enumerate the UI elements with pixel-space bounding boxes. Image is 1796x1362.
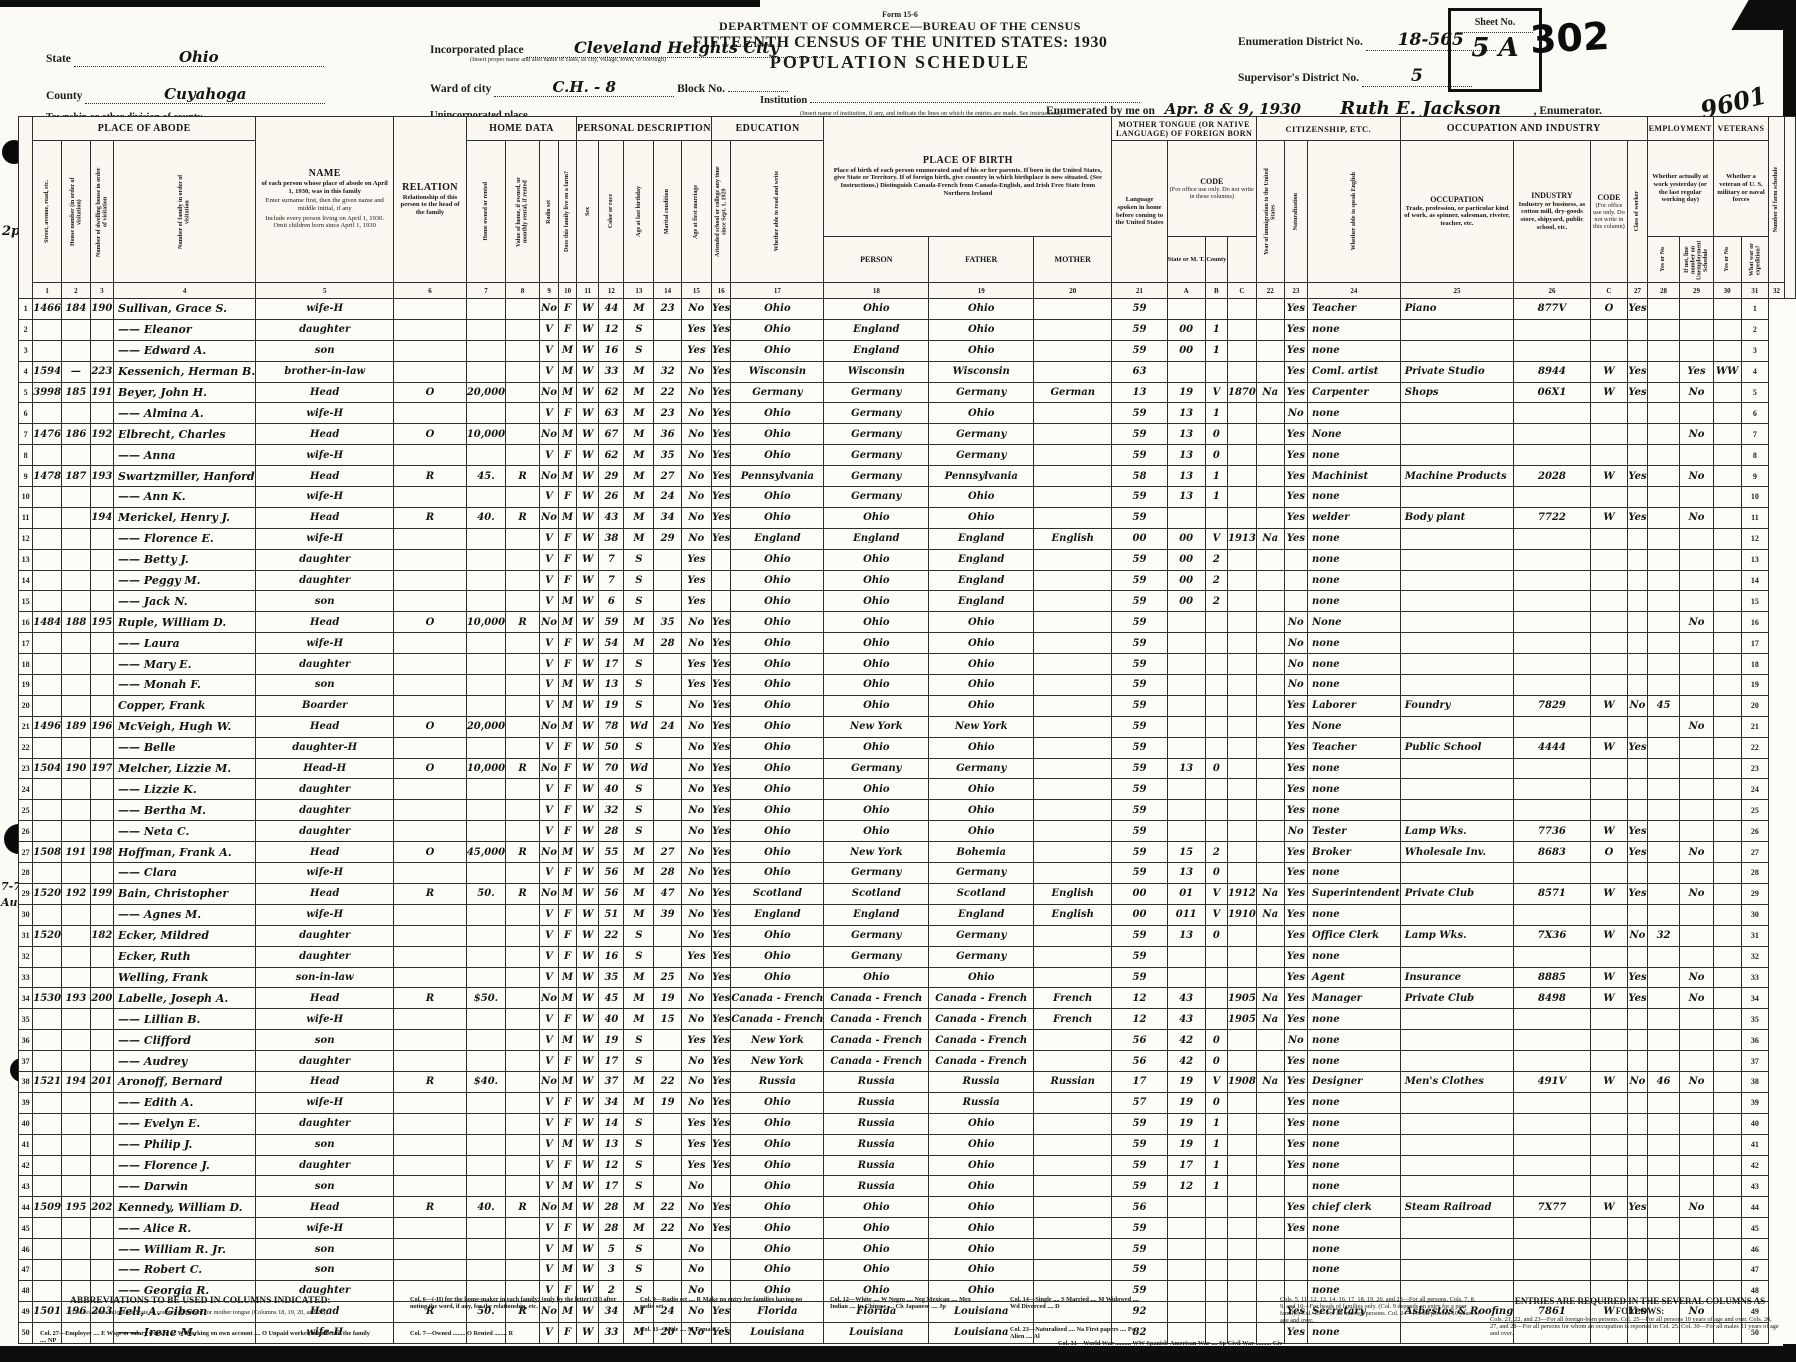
cell-age: 7: [599, 549, 624, 570]
cell-bf: England: [824, 528, 929, 549]
cell-rel: wife-H: [256, 1009, 394, 1030]
cell-n: 19: [19, 675, 33, 696]
cell-cb: [1167, 299, 1205, 320]
cell-n: 13: [19, 549, 33, 570]
cell-cb: 00: [1167, 591, 1205, 612]
cell-line-right: 28: [1741, 863, 1769, 884]
cell-war: [1713, 1051, 1741, 1072]
cell-fam: 197: [90, 758, 113, 779]
cell-race: W: [576, 758, 598, 779]
cell-line-right: 17: [1741, 633, 1769, 654]
cell-age: 33: [599, 361, 624, 382]
cell-code: [1514, 1009, 1591, 1030]
cell-nat: [1256, 654, 1284, 675]
cell-radio: [506, 1009, 540, 1030]
cell-ca: 59: [1112, 340, 1167, 361]
cell-nat: [1256, 403, 1284, 424]
cell-val: 10,000: [466, 612, 505, 633]
cell-vet: No: [1680, 424, 1713, 445]
cell-vet: [1680, 737, 1713, 758]
cell-nat: [1256, 340, 1284, 361]
cell-cc: [1205, 779, 1227, 800]
cell-sch: No: [681, 382, 711, 403]
cell-nat: [1256, 695, 1284, 716]
cell-line-right: 18: [1741, 654, 1769, 675]
cell-age: 3: [599, 1259, 624, 1280]
cell-dw: [62, 1259, 91, 1280]
cell-cls: W: [1590, 967, 1627, 988]
cell-bp: Ohio: [731, 591, 824, 612]
cell-nat: Na: [1256, 528, 1284, 549]
cell-bp: Pennsylvania: [731, 466, 824, 487]
cell-code: 8683: [1514, 842, 1591, 863]
cell-sch: No: [681, 1197, 711, 1218]
cell-rel: son: [256, 1030, 394, 1051]
cell-line-right: 47: [1741, 1259, 1769, 1280]
cell-work: [1628, 1155, 1648, 1176]
cell-ind: [1400, 779, 1513, 800]
cell-war: [1713, 1030, 1741, 1051]
abode-group-header: PLACE OF ABODE: [33, 117, 256, 141]
cell-ind: [1400, 716, 1513, 737]
cell-eng: Yes: [1284, 340, 1307, 361]
cell-mar: S: [624, 1259, 654, 1280]
cell-n: 44: [19, 1197, 33, 1218]
cell-code: [1514, 1030, 1591, 1051]
cell-code: [1514, 591, 1591, 612]
cell-ca: 59: [1112, 925, 1167, 946]
cell-name: Copper, Frank: [114, 695, 256, 716]
cell-ue: [1647, 612, 1680, 633]
column-number: 1: [33, 283, 62, 299]
cell-eng: Yes: [1284, 424, 1307, 445]
sex-sub-header: Sex: [576, 141, 598, 283]
cell-house: [33, 800, 62, 821]
cell-agem: [654, 758, 681, 779]
cell-name: —— Edward A.: [114, 340, 256, 361]
cell-bm: England: [929, 528, 1034, 549]
cell-sex: M: [559, 716, 577, 737]
cell-nat: [1256, 863, 1284, 884]
cell-ca: 59: [1112, 842, 1167, 863]
cell-cc: [1205, 633, 1227, 654]
cell-radio: [506, 1113, 540, 1134]
cell-rw: [711, 591, 731, 612]
cell-agem: [654, 1155, 681, 1176]
cell-fam: [90, 779, 113, 800]
cell-bm: Germany: [929, 925, 1034, 946]
cell-sex: M: [559, 967, 577, 988]
cell-line-right: 26: [1741, 821, 1769, 842]
cell-lang: English: [1034, 904, 1112, 925]
cell-agem: [654, 946, 681, 967]
cell-cc: 1: [1205, 487, 1227, 508]
cell-race: W: [576, 1197, 598, 1218]
cell-cls: [1590, 716, 1627, 737]
cell-dw: 193: [62, 988, 91, 1009]
cell-bm: Ohio: [929, 340, 1034, 361]
cell-cb: 19: [1167, 382, 1205, 403]
cell-imm: [1228, 487, 1257, 508]
cell-rw: Yes: [711, 612, 731, 633]
name-col-header: NAME of each person whose place of abode…: [256, 117, 394, 283]
cell-imm: 1910: [1228, 904, 1257, 925]
cell-age: 12: [599, 319, 624, 340]
cell-farm: V: [539, 1239, 558, 1260]
cell-work: Yes: [1628, 1197, 1648, 1218]
table-row: 18—— Mary E.daughterVFW17SYesYesOhioOhio…: [19, 654, 1796, 675]
cell-work: Yes: [1628, 382, 1648, 403]
cell-radio: [506, 549, 540, 570]
cell-ue: [1647, 1197, 1680, 1218]
cell-imm: [1228, 1113, 1257, 1134]
cell-line-right: 42: [1741, 1155, 1769, 1176]
cell-house: [33, 863, 62, 884]
column-number: 30: [1713, 283, 1741, 299]
cell-nat: [1256, 1218, 1284, 1239]
cell-race: W: [576, 883, 598, 904]
cell-mar: S: [624, 779, 654, 800]
cell-occ: none: [1308, 445, 1401, 466]
cell-imm: [1228, 737, 1257, 758]
cell-bf: Germany: [824, 466, 929, 487]
cell-cb: 17: [1167, 1155, 1205, 1176]
cell-line-right: 10: [1741, 487, 1769, 508]
cell-eng: [1284, 570, 1307, 591]
cell-ind: [1400, 424, 1513, 445]
cell-ue: [1647, 716, 1680, 737]
cell-ca: 59: [1112, 1113, 1167, 1134]
cell-name: —— William R. Jr.: [114, 1239, 256, 1260]
cell-sex: F: [559, 1092, 577, 1113]
table-row: 14—— Peggy M.daughterVFW7SYesOhioOhioEng…: [19, 570, 1796, 591]
cell-work: Yes: [1628, 988, 1648, 1009]
cell-fam: 182: [90, 925, 113, 946]
cell-cc: V: [1205, 528, 1227, 549]
cell-val: [466, 1176, 505, 1197]
cell-radio: [506, 1051, 540, 1072]
cell-bp: Canada - French: [731, 988, 824, 1009]
cell-vet: [1680, 800, 1713, 821]
cell-occ: Designer: [1308, 1071, 1401, 1092]
cell-agem: 36: [654, 424, 681, 445]
cell-lang: [1034, 466, 1112, 487]
cell-occ: none: [1308, 904, 1401, 925]
cell-war: [1713, 382, 1741, 403]
cell-name: —— Laura: [114, 633, 256, 654]
cell-cls: [1590, 863, 1627, 884]
cell-eng: Yes: [1284, 361, 1307, 382]
cell-n: 8: [19, 445, 33, 466]
cell-own: [394, 1259, 467, 1280]
cell-val: [466, 695, 505, 716]
cell-bf: Ohio: [824, 654, 929, 675]
cell-own: [394, 487, 467, 508]
cell-vet: [1680, 487, 1713, 508]
cell-house: 1466: [33, 299, 62, 320]
employment-line-header: If not, line number on Unemployment Sche…: [1680, 237, 1713, 283]
cell-bm: Ohio: [929, 675, 1034, 696]
cell-lang: French: [1034, 988, 1112, 1009]
cell-ca: 59: [1112, 1239, 1167, 1260]
cell-ind: [1400, 800, 1513, 821]
abbrev-col31: Col. 31—World War .......... WW Spanish-…: [1058, 1340, 1298, 1354]
cell-n: 25: [19, 800, 33, 821]
cell-lang: [1034, 946, 1112, 967]
cell-agem: [654, 695, 681, 716]
cell-radio: [506, 445, 540, 466]
cell-bm: Ohio: [929, 1134, 1034, 1155]
cell-mar: S: [624, 549, 654, 570]
cell-imm: 1870: [1228, 382, 1257, 403]
veteran-war-header: What war or expedition?: [1741, 237, 1769, 283]
cell-dw: [62, 863, 91, 884]
block-label: Block No.: [677, 83, 725, 95]
column-number: 8: [506, 283, 540, 299]
cell-cc: 1: [1205, 1176, 1227, 1197]
cell-bp: Ohio: [731, 340, 824, 361]
column-number: 21: [1112, 283, 1167, 299]
cell-imm: [1228, 1239, 1257, 1260]
cell-bp: Ohio: [731, 716, 824, 737]
cell-bf: England: [824, 319, 929, 340]
cell-mar: M: [624, 1218, 654, 1239]
table-row: 231504190197Melcher, Lizzie M.Head-HO10,…: [19, 758, 1796, 779]
cell-ind: [1400, 319, 1513, 340]
cell-bm: Ohio: [929, 319, 1034, 340]
cell-imm: [1228, 675, 1257, 696]
cell-ind: [1400, 487, 1513, 508]
cell-sch: No: [681, 299, 711, 320]
cell-agem: 25: [654, 967, 681, 988]
cell-rel: son: [256, 1134, 394, 1155]
cell-bp: Canada - French: [731, 1009, 824, 1030]
cell-cc: [1205, 946, 1227, 967]
cell-dw: [62, 340, 91, 361]
cell-mar: S: [624, 695, 654, 716]
cell-lang: [1034, 925, 1112, 946]
cell-race: W: [576, 1009, 598, 1030]
cell-vet: [1680, 1134, 1713, 1155]
cell-code: [1514, 340, 1591, 361]
cell-age: 13: [599, 1134, 624, 1155]
cell-lang: [1034, 487, 1112, 508]
cell-ind: Machine Products: [1400, 466, 1513, 487]
cell-house: [33, 528, 62, 549]
cell-ue: [1647, 340, 1680, 361]
cell-ind: [1400, 1259, 1513, 1280]
cell-occ: none: [1308, 1155, 1401, 1176]
cell-house: [33, 967, 62, 988]
cell-code: 8498: [1514, 988, 1591, 1009]
cell-agem: 35: [654, 445, 681, 466]
cell-line-right: 3: [1741, 340, 1769, 361]
cell-cb: 01: [1167, 883, 1205, 904]
cell-lang: [1034, 403, 1112, 424]
cell-ue: [1647, 1092, 1680, 1113]
cell-eng: Yes: [1284, 1155, 1307, 1176]
code-country-header: County: [1205, 237, 1227, 283]
cell-cc: 1: [1205, 466, 1227, 487]
line-col-header-right: [1784, 117, 1795, 299]
cell-cc: 0: [1205, 424, 1227, 445]
cell-agem: 29: [654, 528, 681, 549]
cell-val: [466, 1009, 505, 1030]
cell-name: —— Agnes M.: [114, 904, 256, 925]
cell-imm: [1228, 319, 1257, 340]
cell-code: [1514, 1134, 1591, 1155]
cell-house: [33, 1155, 62, 1176]
county-field: County Cuyahoga: [46, 85, 376, 104]
cell-ue: [1647, 1176, 1680, 1197]
cell-work: [1628, 424, 1648, 445]
table-row: 32Ecker, RuthdaughterVFW16SYesYesOhioGer…: [19, 946, 1796, 967]
cell-name: Ecker, Mildred: [114, 925, 256, 946]
cell-own: [394, 675, 467, 696]
cell-mar: M: [624, 1009, 654, 1030]
cell-mar: M: [624, 633, 654, 654]
cell-val: 20,000: [466, 382, 505, 403]
cell-name: Ruple, William D.: [114, 612, 256, 633]
cell-own: O: [394, 424, 467, 445]
table-row: 40—— Evelyn E.daughterVFW14SYesYesOhioRu…: [19, 1113, 1796, 1134]
cell-dw: [62, 737, 91, 758]
cell-war: [1713, 946, 1741, 967]
cell-work: [1628, 863, 1648, 884]
cell-own: R: [394, 1071, 467, 1092]
cell-farm: V: [539, 779, 558, 800]
cell-vet: [1680, 299, 1713, 320]
cell-ind: [1400, 340, 1513, 361]
cell-house: 1504: [33, 758, 62, 779]
incorporated-value: Cleveland Heights City: [526, 38, 826, 58]
cell-cc: 1: [1205, 1155, 1227, 1176]
cell-ue: [1647, 549, 1680, 570]
cell-code: [1514, 779, 1591, 800]
cell-house: [33, 1113, 62, 1134]
cell-occ: Tester: [1308, 821, 1401, 842]
cell-line-right: 19: [1741, 675, 1769, 696]
cell-nat: [1256, 549, 1284, 570]
cell-bf: Germany: [824, 863, 929, 884]
cell-ind: [1400, 549, 1513, 570]
cell-nat: [1256, 800, 1284, 821]
cell-cls: [1590, 403, 1627, 424]
cell-lang: [1034, 424, 1112, 445]
cell-race: W: [576, 821, 598, 842]
cell-bp: Ohio: [731, 612, 824, 633]
column-number: 24: [1308, 283, 1401, 299]
enum-district-label: Enumeration District No.: [1238, 36, 1363, 48]
cell-bp: Ohio: [731, 925, 824, 946]
cell-bf: Ohio: [824, 821, 929, 842]
cell-age: 34: [599, 1092, 624, 1113]
cell-line-right: 27: [1741, 842, 1769, 863]
birth-father-header: FATHER: [929, 237, 1034, 283]
cell-rel: Head: [256, 507, 394, 528]
cell-occ: none: [1308, 403, 1401, 424]
table-row: 26—— Neta C.daughterVFW28SNoYesOhioOhioO…: [19, 821, 1796, 842]
cell-val: [466, 403, 505, 424]
cell-cls: [1590, 487, 1627, 508]
cell-cls: [1590, 1030, 1627, 1051]
cell-imm: [1228, 1092, 1257, 1113]
cell-dw: [62, 1218, 91, 1239]
cell-sex: F: [559, 821, 577, 842]
cell-farm: V: [539, 1113, 558, 1134]
cell-race: W: [576, 549, 598, 570]
cell-n: 23: [19, 758, 33, 779]
cell-bm: Ohio: [929, 654, 1034, 675]
abbrev-col9: Col. 9—Radio set .... R Make no entry fo…: [640, 1296, 810, 1310]
cell-radio: [506, 821, 540, 842]
cell-rel: Head: [256, 716, 394, 737]
cell-imm: [1228, 361, 1257, 382]
cell-bm: Canada - French: [929, 1030, 1034, 1051]
value-sub-header: Value of home, if owned, or monthly rent…: [506, 141, 540, 283]
cell-nat: [1256, 1134, 1284, 1155]
cell-name: —— Neta C.: [114, 821, 256, 842]
cell-farm: No: [539, 612, 558, 633]
cell-bp: New York: [731, 1030, 824, 1051]
cell-farm: No: [539, 716, 558, 737]
county-label: County: [46, 90, 82, 102]
cell-agem: 39: [654, 904, 681, 925]
cell-rw: Yes: [711, 904, 731, 925]
cell-agem: [654, 340, 681, 361]
cell-cc: [1205, 1239, 1227, 1260]
cell-val: [466, 591, 505, 612]
cell-bf: Ohio: [824, 633, 929, 654]
cell-own: R: [394, 883, 467, 904]
cell-race: W: [576, 716, 598, 737]
cell-radio: [506, 988, 540, 1009]
cell-eng: Yes: [1284, 1197, 1307, 1218]
cell-farm: V: [539, 925, 558, 946]
cell-cls: [1590, 612, 1627, 633]
cell-eng: Yes: [1284, 946, 1307, 967]
column-number: C: [1228, 283, 1257, 299]
cell-age: 14: [599, 1113, 624, 1134]
cell-occ: Machinist: [1308, 466, 1401, 487]
cell-code: [1514, 1176, 1591, 1197]
cell-dw: 187: [62, 466, 91, 487]
cell-cls: [1590, 340, 1627, 361]
cell-vet: [1680, 1155, 1713, 1176]
cell-bp: England: [731, 528, 824, 549]
supervisor-label: Supervisor's District No.: [1238, 72, 1359, 84]
cell-name: —— Alice R.: [114, 1218, 256, 1239]
cell-nat: [1256, 466, 1284, 487]
cell-cc: V: [1205, 883, 1227, 904]
cell-vet: [1680, 925, 1713, 946]
cell-vet: [1680, 1030, 1713, 1051]
cell-house: 1594: [33, 361, 62, 382]
cell-ca: 13: [1112, 382, 1167, 403]
cell-radio: [506, 1218, 540, 1239]
home-data-group-header: HOME DATA: [466, 117, 576, 141]
cell-code: [1514, 946, 1591, 967]
cell-dw: [62, 1009, 91, 1030]
cell-fam: [90, 633, 113, 654]
cell-fam: [90, 319, 113, 340]
cell-fam: 200: [90, 988, 113, 1009]
cell-sex: M: [559, 842, 577, 863]
cell-cb: [1167, 1239, 1205, 1260]
cell-val: [466, 528, 505, 549]
employment-group-header: EMPLOYMENT: [1647, 117, 1713, 141]
cell-war: [1713, 487, 1741, 508]
